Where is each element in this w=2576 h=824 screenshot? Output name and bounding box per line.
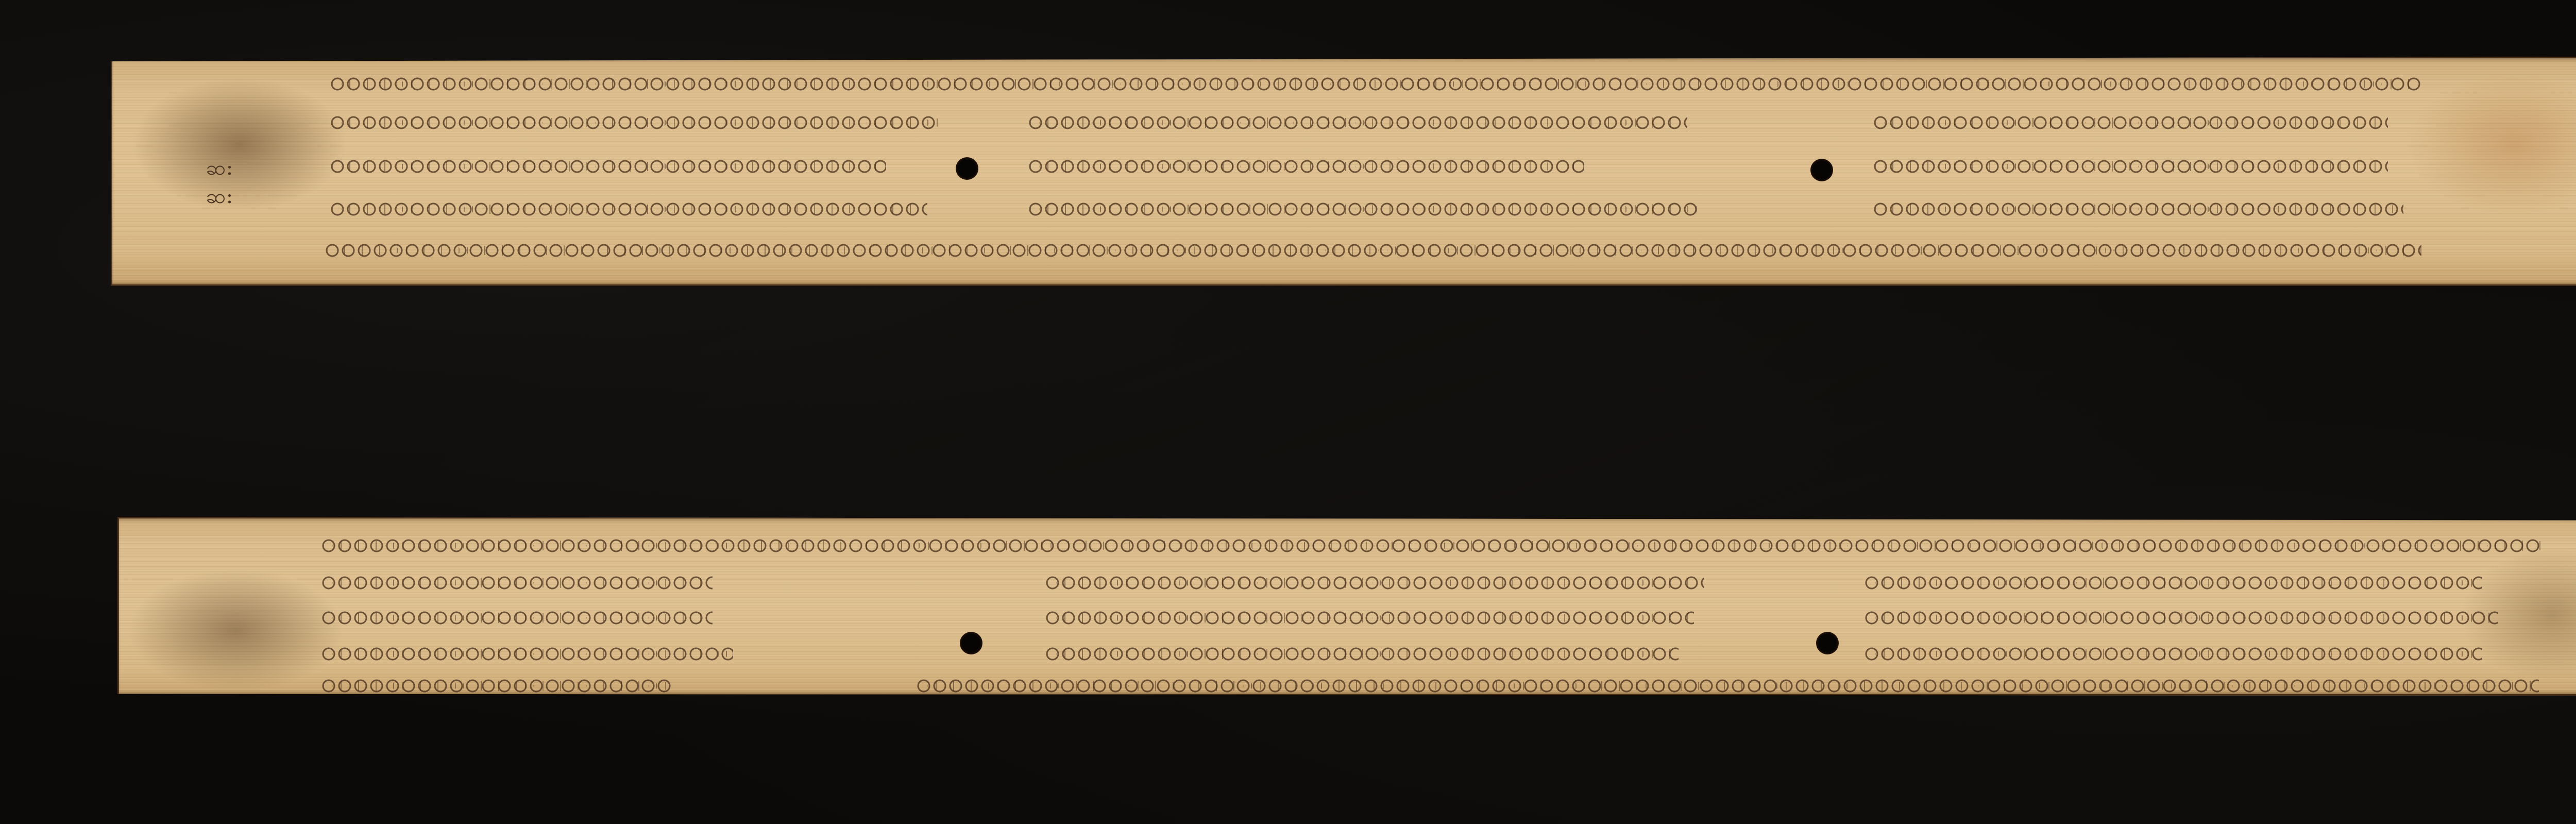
manuscript-text-line	[1864, 603, 2498, 632]
manuscript-text-line	[330, 195, 927, 224]
folio-marker: ဆ:	[206, 155, 233, 185]
manuscript-text-line	[330, 70, 2421, 98]
manuscript-text-line	[325, 236, 2421, 265]
manuscript-text-line	[1045, 603, 1694, 632]
folio-marker: ဆ:	[206, 183, 233, 213]
leaf-stain	[2406, 72, 2576, 216]
manuscript-text-line	[330, 152, 886, 181]
manuscript-text-line	[1864, 640, 2482, 668]
manuscript-text-line	[321, 603, 713, 632]
manuscript-text-line	[1028, 152, 1584, 181]
manuscript-text-line	[1873, 195, 2403, 224]
manuscript-text-line	[1873, 152, 2388, 181]
palm-leaf-top: ဆ: ဆ:	[111, 57, 2576, 286]
string-hole	[956, 157, 978, 180]
manuscript-text-line	[1028, 195, 1698, 224]
manuscript-text-line	[330, 108, 938, 137]
manuscript-text-line	[1864, 568, 2482, 597]
manuscript-text-line	[1045, 568, 1704, 597]
palm-leaf-bottom	[117, 517, 2576, 696]
string-hole	[960, 632, 982, 654]
manuscript-text-line	[321, 640, 733, 668]
leaf-stain	[131, 77, 348, 211]
leaf-stain	[128, 568, 344, 692]
manuscript-text-line	[1873, 108, 2388, 137]
string-hole	[1810, 159, 1833, 181]
manuscript-text-line	[1045, 640, 1679, 668]
manuscript-text-line	[321, 568, 713, 597]
manuscript-text-line	[1028, 108, 1687, 137]
manuscript-text-line	[321, 531, 2541, 560]
string-hole	[1816, 632, 1839, 654]
